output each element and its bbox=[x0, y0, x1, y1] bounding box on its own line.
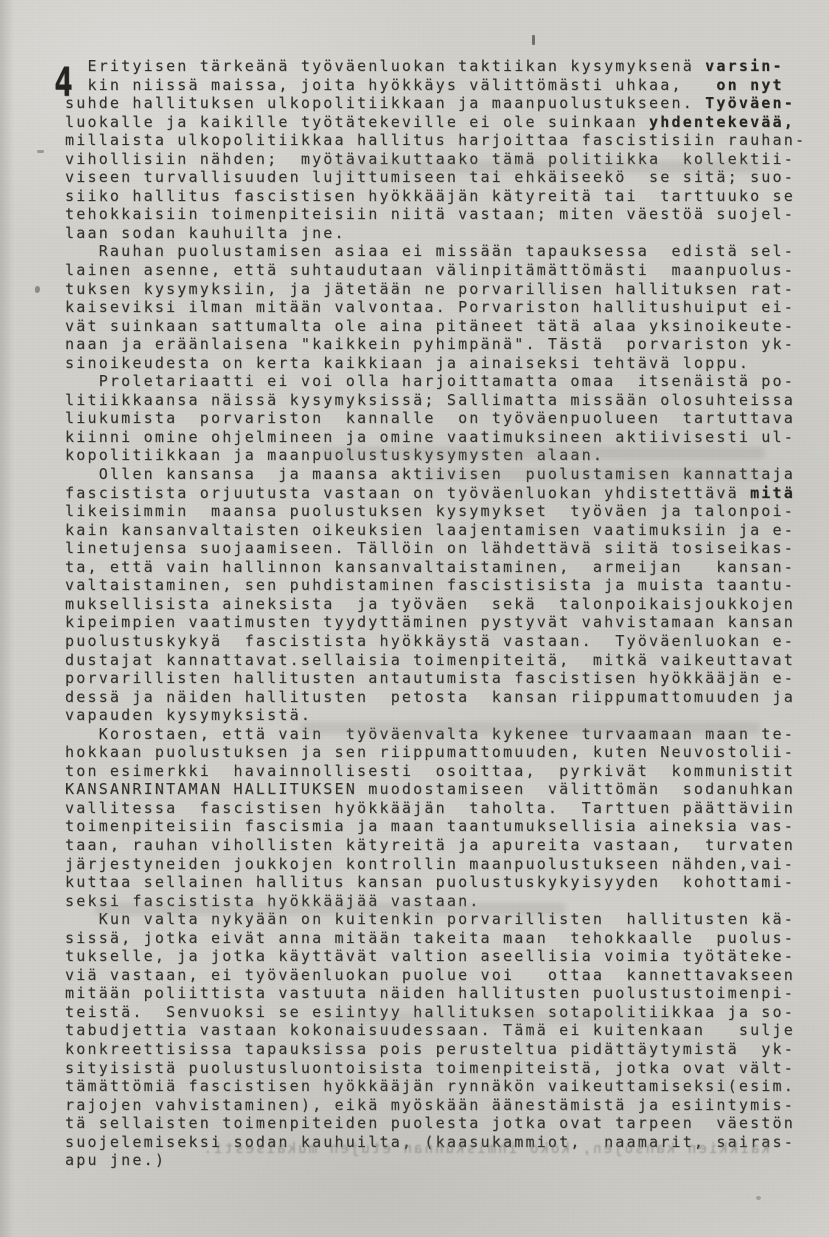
text-line: likeisimmin maansa puolustuksen kysymyks… bbox=[65, 502, 806, 521]
text-line: mitään poliittista vastuuta näiden halli… bbox=[65, 984, 806, 1003]
text-line: kopolitiikkaan ja maanpuolustuskysymyste… bbox=[65, 446, 806, 465]
text-line: kiinni omine ohjelmineen ja omine vaatim… bbox=[65, 428, 806, 447]
text-line: konkreettisissa tapauksissa pois peruste… bbox=[65, 1040, 806, 1059]
ink-speck bbox=[756, 1196, 761, 1200]
text-line: KANSANRINTAMAN HALLITUKSEN muodostamisee… bbox=[65, 780, 806, 799]
text-line: kuttaa sellainen hallitus kansan puolust… bbox=[65, 873, 806, 892]
ink-speck bbox=[37, 150, 44, 153]
text-line: valtaistaminen, sen puhdistaminen fascis… bbox=[65, 576, 806, 595]
text-line: Rauhan puolustamisen asiaa ei missään ta… bbox=[65, 242, 806, 261]
text-line: vät suinkaan sattumalta ole aina pitänee… bbox=[65, 317, 806, 336]
text-line: vihollisiin nähden; myötävaikuttaako täm… bbox=[65, 150, 806, 169]
body-text: Erityisen tärkeänä työväenluokan taktiik… bbox=[65, 57, 806, 1170]
text-line: kin niissä maissa, joita hyökkäys välitt… bbox=[65, 76, 806, 95]
text-line: vallitessa fascistisen hyökkääjän taholt… bbox=[65, 799, 806, 818]
text-line: linetujensa suojaamiseen. Tällöin on läh… bbox=[65, 539, 806, 558]
text-line: dessä ja näiden hallitusten petosta kans… bbox=[65, 688, 806, 707]
scanned-document-page: { "page": { "section_number": "4", "line… bbox=[0, 0, 829, 1237]
text-line: ta, että vain hallinnon kansanvaltaistam… bbox=[65, 558, 806, 577]
text-line: Erityisen tärkeänä työväenluokan taktiik… bbox=[65, 57, 806, 76]
text-line: ton esimerkki havainnollisesti osoittaa,… bbox=[65, 762, 806, 781]
text-line: Kun valta nykyään on kuitenkin porvarill… bbox=[65, 910, 806, 929]
text-line: tuksen kysymyksiin, ja jätetään ne porva… bbox=[65, 280, 806, 299]
text-line: järjestyneiden joukkojen kontrollin maan… bbox=[65, 855, 806, 874]
text-line: taan, rauhan vihollisten kätyreitä ja ap… bbox=[65, 836, 806, 855]
text-line: suhde hallituksen ulkopolitiikkaan ja ma… bbox=[65, 94, 806, 113]
text-line: tabudjettia vastaan kokonaisuudessaan. T… bbox=[65, 1021, 806, 1040]
text-line: kaiseviksi ilman mitään valvontaa. Porva… bbox=[65, 298, 806, 317]
text-line: tä sellaisten toimenpiteiden puolesta jo… bbox=[65, 1114, 806, 1133]
text-line: litiikkaansa näissä kysymyksissä; Sallim… bbox=[65, 391, 806, 410]
text-line: porvarillisten hallitusten antautumista … bbox=[65, 669, 806, 688]
text-line: viä vastaan, ei työväenluokan puolue voi… bbox=[65, 966, 806, 985]
text-line: sityisistä puolustusluontoisista toimenp… bbox=[65, 1059, 806, 1078]
text-line: siiko hallitus fascistisen hyökkääjän kä… bbox=[65, 187, 806, 206]
ink-speck bbox=[35, 286, 40, 293]
text-line: tämättömiä fascistisen hyökkääjän rynnäk… bbox=[65, 1077, 806, 1096]
text-line: apu jne.) bbox=[65, 1151, 806, 1170]
text-line: toimenpiteisiin fascismia ja maan taantu… bbox=[65, 817, 806, 836]
text-line: naan ja eräänlaisena "kaikkein pyhimpänä… bbox=[65, 335, 806, 354]
text-line: kipeimpien vaatimusten tyydyttäminen pys… bbox=[65, 613, 806, 632]
text-line: laan sodan kauhuilta jne. bbox=[65, 224, 806, 243]
text-line: dustajat kannattavat.sellaisia toimenpit… bbox=[65, 651, 806, 670]
text-line: seksi fascistista hyökkääjää vastaan. bbox=[65, 892, 806, 911]
text-line: suojelemiseksi sodan kauhuilta, (kaasuka… bbox=[65, 1133, 806, 1152]
text-line: Ollen kansansa ja maansa aktiivisen puol… bbox=[65, 465, 806, 484]
text-line: tehokkaisiin toimenpiteisiin niitä vasta… bbox=[65, 205, 806, 224]
text-line: vapauden kysymyksistä. bbox=[65, 706, 806, 725]
text-line: Korostaen, että vain työväenvalta kykene… bbox=[65, 725, 806, 744]
text-line: luokalle ja kaikille työtätekeville ei o… bbox=[65, 113, 806, 132]
text-line: millaista ulkopolitiikkaa hallitus harjo… bbox=[65, 131, 806, 150]
text-line: tukselle, ja jotka käyttävät valtion ase… bbox=[65, 947, 806, 966]
text-line: sinoikeudesta on kerta kaikkiaan ja aina… bbox=[65, 354, 806, 373]
text-line: sissä, jotka eivät anna mitään takeita m… bbox=[65, 929, 806, 948]
text-line: teistä. Senvuoksi se esiintyy hallitukse… bbox=[65, 1003, 806, 1022]
text-line: kain kansanvaltaisten oikeuksien laajent… bbox=[65, 521, 806, 540]
text-line: Proletariaatti ei voi olla harjoittamatt… bbox=[65, 372, 806, 391]
text-line: fascistista orjuutusta vastaan on työväe… bbox=[65, 484, 806, 503]
text-line: hokkaan puolustuksen ja sen riippumattom… bbox=[65, 743, 806, 762]
text-line: liukumista porvariston kannalle on työvä… bbox=[65, 409, 806, 428]
text-line: puolustuskykyä fascistista hyökkäystä va… bbox=[65, 632, 806, 651]
text-line: rajojen vahvistaminen), eikä myöskään ää… bbox=[65, 1096, 806, 1115]
text-line: viseen turvallisuuden lujittumiseen tai … bbox=[65, 168, 806, 187]
ink-speck bbox=[532, 35, 535, 45]
text-line: muksellisista aineksista ja työväen sekä… bbox=[65, 595, 806, 614]
text-line: lainen asenne, että suhtaudutaan välinpi… bbox=[65, 261, 806, 280]
